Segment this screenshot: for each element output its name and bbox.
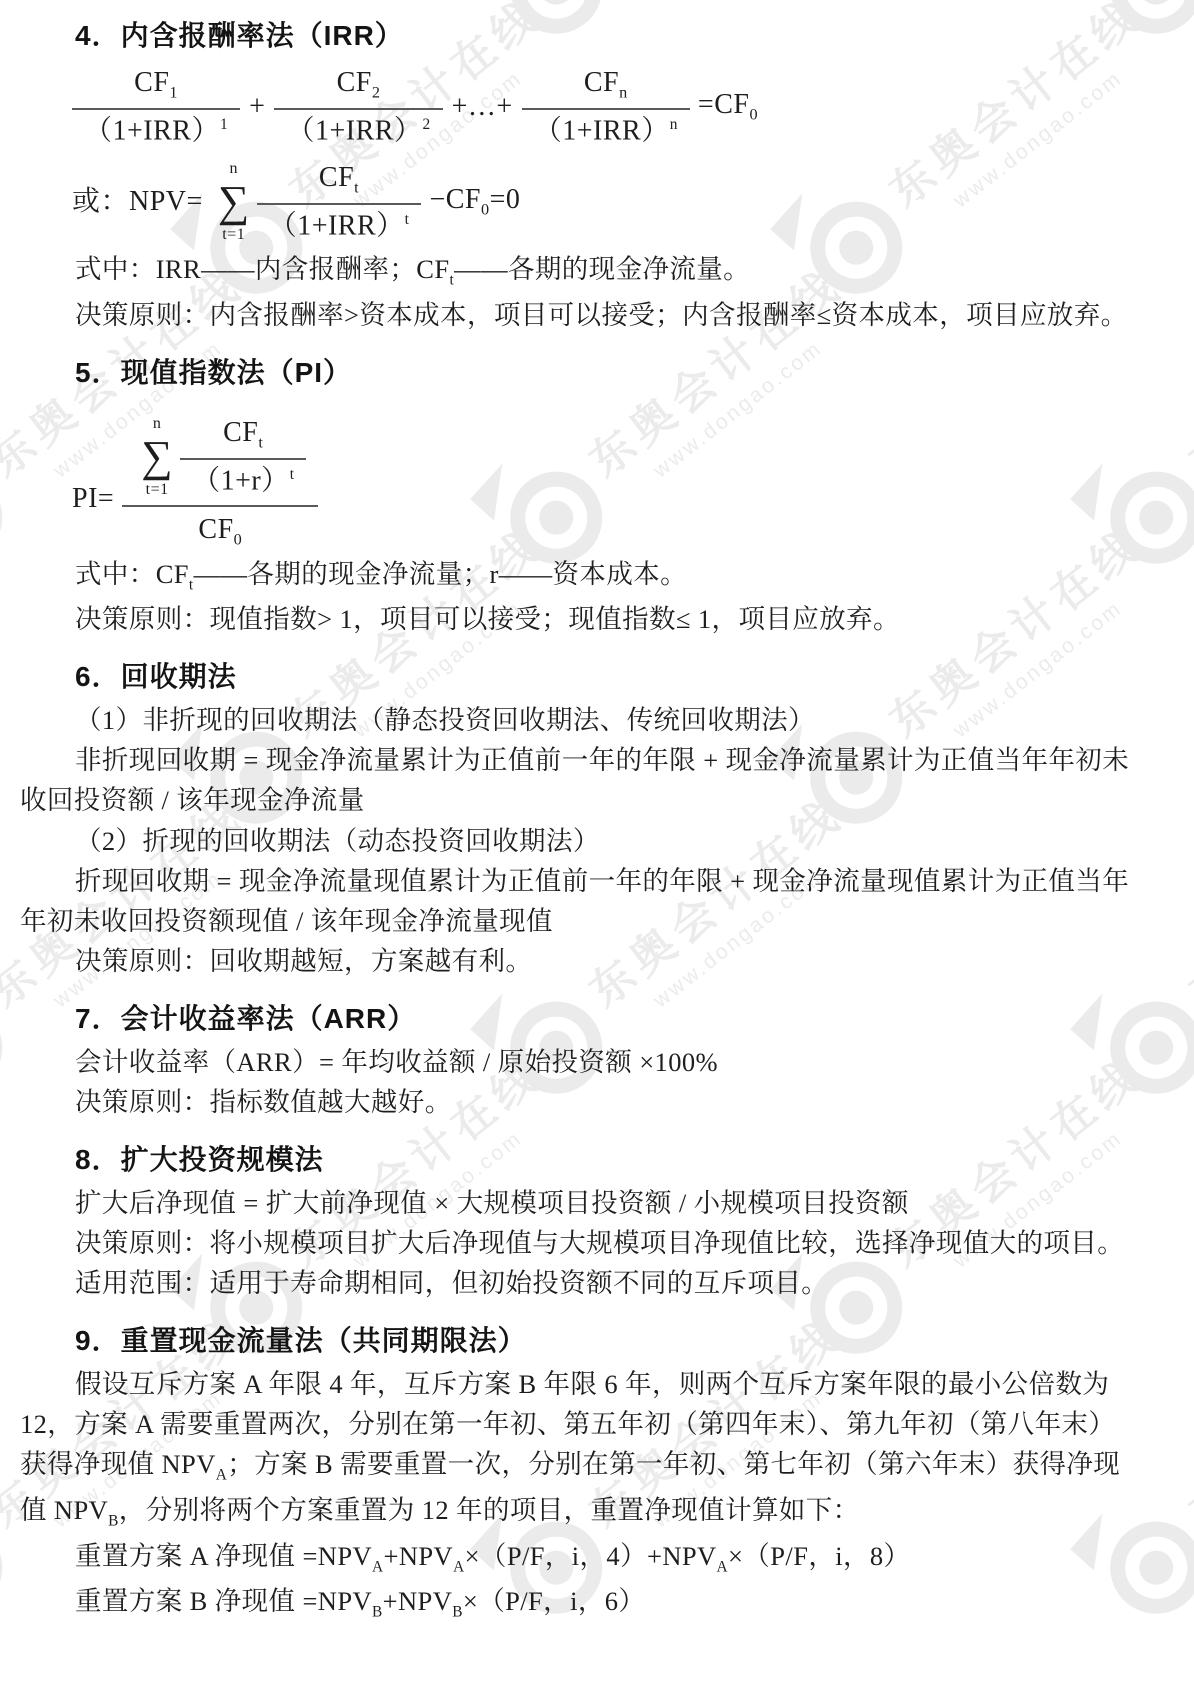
fraction: CFt （1+IRR）t	[257, 164, 422, 240]
text-line: （2）折现的回收期法（动态投资回收期法）	[75, 827, 1174, 855]
text-line: 值 NPVB，分别将两个方案重置为 12 年的项目，重置净现值计算如下：	[20, 1496, 1174, 1530]
equation-tail: −CF0=0	[429, 186, 520, 218]
section-9-heading: 9．重置现金流量法（共同期限法）	[75, 1323, 1174, 1358]
summation-symbol: n ∑ t=1	[218, 161, 250, 243]
decision-rule-irr: 决策原则：内含报酬率>资本成本，项目可以接受；内含报酬率≤资本成本，项目应放弃。	[75, 301, 1174, 329]
replacement-npv-b-line: 重置方案 B 净现值 =NPVB+NPVB×（P/F，i，6）	[75, 1587, 1174, 1621]
section-4-heading: 4．内含报酬率法（IRR）	[75, 18, 1174, 53]
text-line: 折现回收期 = 现金净流量现值累计为正值前一年的年限 + 现金净流量现值累计为正…	[75, 867, 1174, 895]
summation-symbol: n ∑ t=1	[141, 416, 173, 498]
decision-rule-arr: 决策原则：指标数值越大越好。	[75, 1088, 1174, 1116]
ellipsis-operator: +…+	[452, 93, 513, 121]
decision-rule-payback: 决策原则：回收期越短，方案越有利。	[75, 947, 1174, 975]
equation-lead: 或：NPV=	[72, 188, 203, 216]
equation-lead: PI=	[72, 485, 114, 513]
formula-note-irr: 式中：IRR——内含报酬率；CFt——各期的现金净流量。	[75, 255, 1174, 289]
arr-formula-line: 会计收益率（ARR）= 年均收益额 / 原始投资额 ×100%	[75, 1048, 1174, 1076]
formula-note-pi: 式中：CFt——各期的现金净流量；r——资本成本。	[75, 560, 1174, 594]
text-line: （1）非折现的回收期法（静态投资回收期法、传统回收期法）	[75, 706, 1174, 734]
section-8-heading: 8．扩大投资规模法	[75, 1142, 1174, 1177]
text-line: 收回投资额 / 该年现金净流量	[20, 786, 1174, 814]
pi-equation: PI= n ∑ t=1 CFt （1+r）t	[72, 406, 1174, 548]
fraction-term-2: CF2 （1+IRR）2	[274, 69, 442, 145]
text-line: 12，方案 A 需要重置两次，分别在第一年初、第五年初（第四年末）、第九年初（第…	[20, 1410, 1174, 1438]
document-page: 东奥会计在线www.dongao.com 东奥会计在线www.dongao.co…	[0, 0, 1194, 1700]
outer-fraction: n ∑ t=1 CFt （1+r）t CF0	[122, 406, 318, 548]
text-line: 假设互斥方案 A 年限 4 年，互斥方案 B 年限 6 年，则两个互斥方案年限的…	[75, 1370, 1174, 1398]
section-7-heading: 7．会计收益率法（ARR）	[75, 1001, 1174, 1036]
document-content: 4．内含报酬率法（IRR） CF1 （1+IRR）1 + CF2 （1+IRR）…	[0, 0, 1194, 1621]
decision-rule-expand: 决策原则：将小规模项目扩大后净现值与大规模项目净现值比较，选择净现值大的项目。	[75, 1229, 1174, 1257]
fraction-term-1: CF1 （1+IRR）1	[72, 69, 240, 145]
irr-equation-npv: 或：NPV= n ∑ t=1 CFt （1+IRR）t −CF0=0	[72, 161, 1174, 243]
plus-operator: +	[249, 93, 265, 121]
text-line: 年初未收回投资额现值 / 该年现金净流量现值	[20, 907, 1174, 935]
decision-rule-pi: 决策原则：现值指数> 1，项目可以接受；现值指数≤ 1，项目应放弃。	[75, 605, 1174, 633]
section-6-heading: 6．回收期法	[75, 659, 1174, 694]
text-line: 非折现回收期 = 现金净流量累计为正值前一年的年限 + 现金净流量累计为正值当年…	[75, 746, 1174, 774]
irr-equation-expanded: CF1 （1+IRR）1 + CF2 （1+IRR）2 +…+ CFn （1+I…	[72, 69, 1174, 145]
expand-formula-line: 扩大后净现值 = 扩大前净现值 × 大规模项目投资额 / 小规模项目投资额	[75, 1189, 1174, 1217]
replacement-npv-a-line: 重置方案 A 净现值 =NPVA+NPVA×（P/F，i，4）+NPVA×（P/…	[75, 1542, 1174, 1576]
text-line: 获得净现值 NPVA；方案 B 需要重置一次，分别在第一年初、第七年初（第六年末…	[20, 1450, 1174, 1484]
scope-line: 适用范围：适用于寿命期相同，但初始投资额不同的互斥项目。	[75, 1269, 1174, 1297]
fraction-term-n: CFn （1+IRR）n	[522, 69, 690, 145]
section-5-heading: 5．现值指数法（PI）	[75, 355, 1174, 390]
inner-fraction: CFt （1+r）t	[180, 419, 306, 495]
equation-rhs: =CF0	[698, 91, 758, 123]
